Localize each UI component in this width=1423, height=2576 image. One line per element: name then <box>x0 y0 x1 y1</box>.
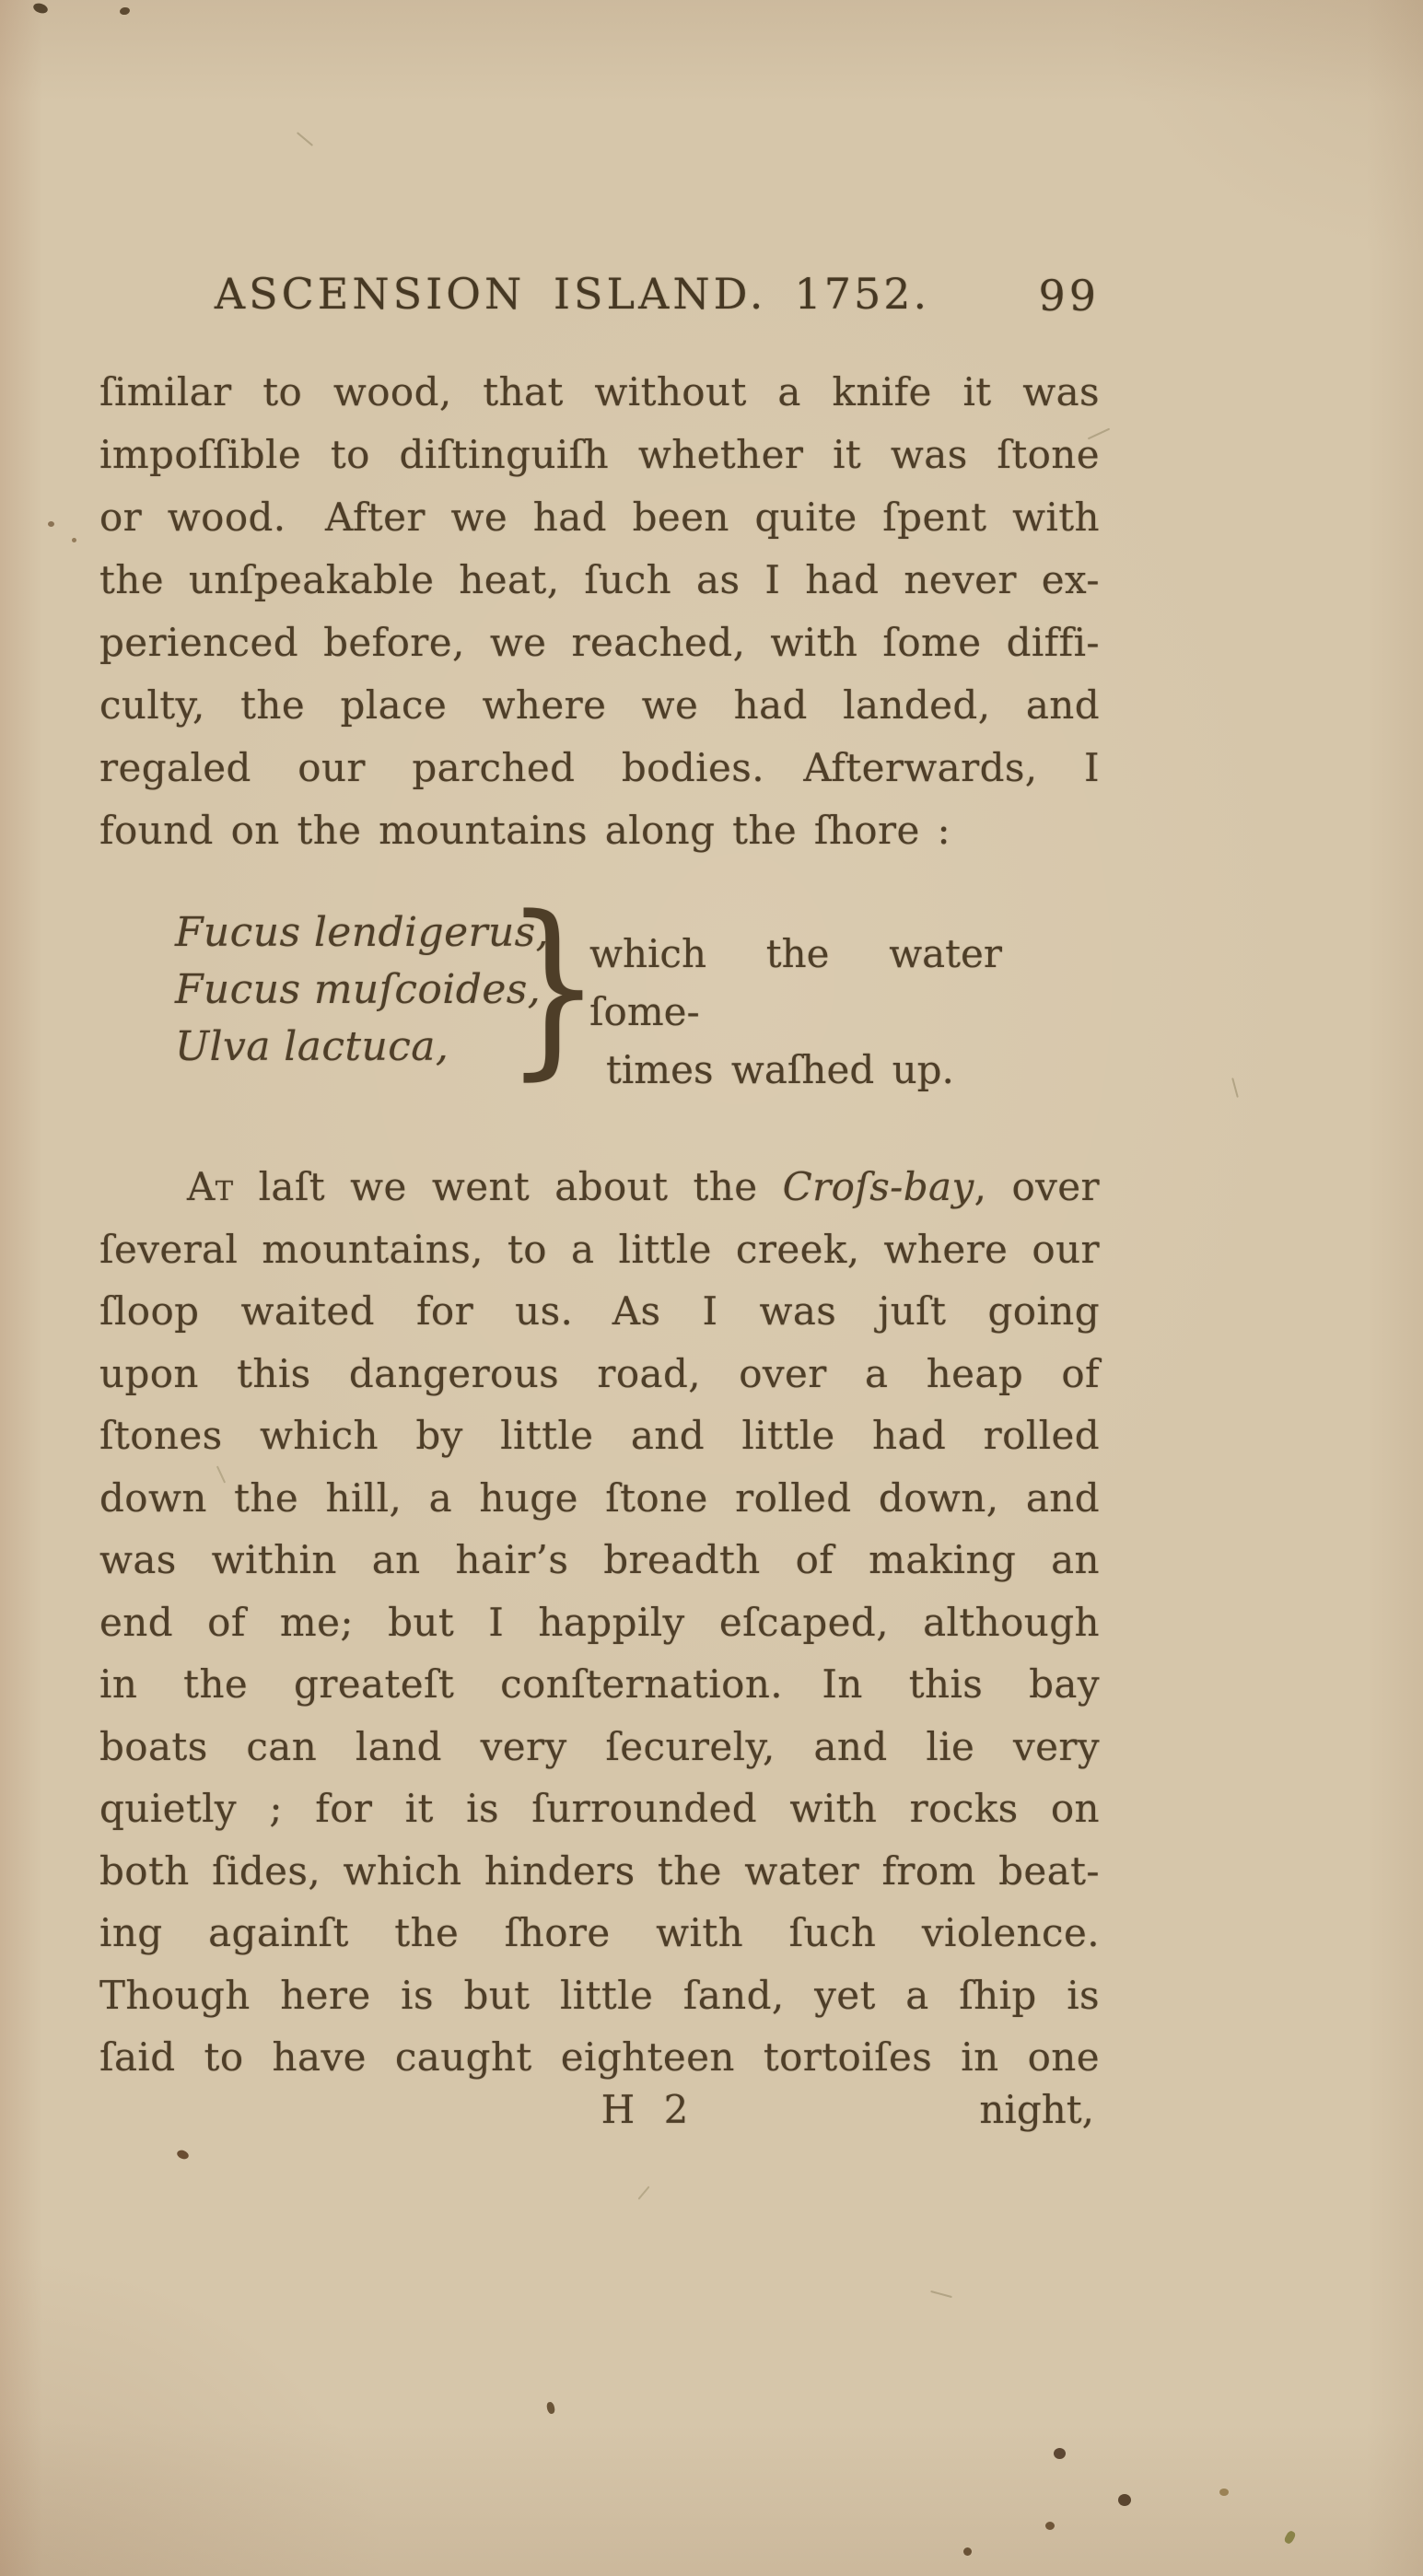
text-line: ſeveral mountains, to a little creek, wh… <box>99 1218 1100 1281</box>
text-line: or wood. After we had been quite ſpent w… <box>99 486 1100 549</box>
text-line: which the water ſome- <box>589 925 1002 1041</box>
text-line: down the hill, a huge ſtone rolled down,… <box>99 1467 1100 1530</box>
paper-fiber <box>297 132 313 146</box>
paper-speck <box>1118 2494 1131 2506</box>
paper-speck <box>1045 2522 1055 2530</box>
heading-title: ASCENSION ISLAND. <box>215 269 767 319</box>
text-line: both ſides, which hinders the water from… <box>99 1840 1100 1903</box>
text-line: end of me; but I happily eſcaped, althou… <box>99 1591 1100 1654</box>
paragraph-2: At laſt we went about the Croſs-bay, ove… <box>99 1156 1100 2089</box>
text-line: the unſpeakable heat, ſuch as I had neve… <box>99 549 1100 612</box>
text-line: impoſſible to diſtinguiſh whether it was… <box>99 424 1100 486</box>
text-line: found on the mountains along the ſhore : <box>99 799 1100 862</box>
right-brace-glyph: } <box>505 892 601 1081</box>
paper-speck <box>32 2 49 15</box>
text-line: was within an hair’s breadth of making a… <box>99 1529 1100 1591</box>
paper-speck <box>176 2149 190 2161</box>
paper-speck <box>546 2401 556 2415</box>
text-line: upon this dangerous road, over a heap of <box>99 1343 1100 1405</box>
running-head: ASCENSION ISLAND.1752. 99 <box>99 269 1100 328</box>
text-line: ſaid to have caught eighteen tortoiſes i… <box>99 2026 1100 2089</box>
paper-fiber <box>1231 1078 1239 1098</box>
paper-speck <box>1054 2448 1066 2459</box>
text-line: regaled our parched bodies. Afterwards, … <box>99 737 1100 799</box>
catchword: night, <box>979 2087 1094 2132</box>
heading-year: 1752. <box>794 269 929 319</box>
text-line: perienced before, we reached, with ſome … <box>99 612 1100 674</box>
paragraph-1: ſimilar to wood, that without a knife it… <box>99 361 1100 862</box>
text-line: times waſhed up. <box>589 1041 1002 1099</box>
paper-fiber <box>637 2186 649 2199</box>
text-line: ſtones which by little and little had ro… <box>99 1405 1100 1467</box>
paper-speck <box>48 521 54 527</box>
page-footer: H 2 night, <box>99 2087 1100 2150</box>
paper-speck <box>1219 2489 1229 2496</box>
text-line: ſloop waited for us. As I was juſt going <box>99 1280 1100 1343</box>
paper-speck <box>963 2547 972 2556</box>
text-line: ſimilar to wood, that without a knife it… <box>99 361 1100 424</box>
book-page: ASCENSION ISLAND.1752. 99 ſimilar to woo… <box>0 0 1423 2576</box>
paper-speck <box>72 538 76 542</box>
paper-speck <box>119 6 130 16</box>
page-number: 99 <box>1038 271 1100 321</box>
signature-mark: H 2 <box>553 2087 737 2132</box>
text-line: in the greateſt conſternation. In this b… <box>99 1653 1100 1716</box>
text-line: ing againſt the ſhore with ſuch violence… <box>99 1902 1100 1964</box>
paper-fiber <box>930 2290 952 2298</box>
paper-speck <box>1283 2530 1297 2546</box>
page-heading: ASCENSION ISLAND.1752. <box>99 269 1044 319</box>
text-line: Though here is but little ſand, yet a ſh… <box>99 1964 1100 2027</box>
text-line: boats can land very ſecurely, and lie ve… <box>99 1716 1100 1778</box>
text-line: quietly ; for it is ſurrounded with rock… <box>99 1778 1100 1840</box>
text-line: At laſt we went about the Croſs-bay, ove… <box>99 1156 1100 1218</box>
species-list-block: Fucus lendigerus,Fucus muſcoides,Ulva la… <box>175 904 1096 1076</box>
species-note: which the water ſome-times waſhed up. <box>589 925 1002 1099</box>
text-line: culty, the place where we had landed, an… <box>99 674 1100 737</box>
